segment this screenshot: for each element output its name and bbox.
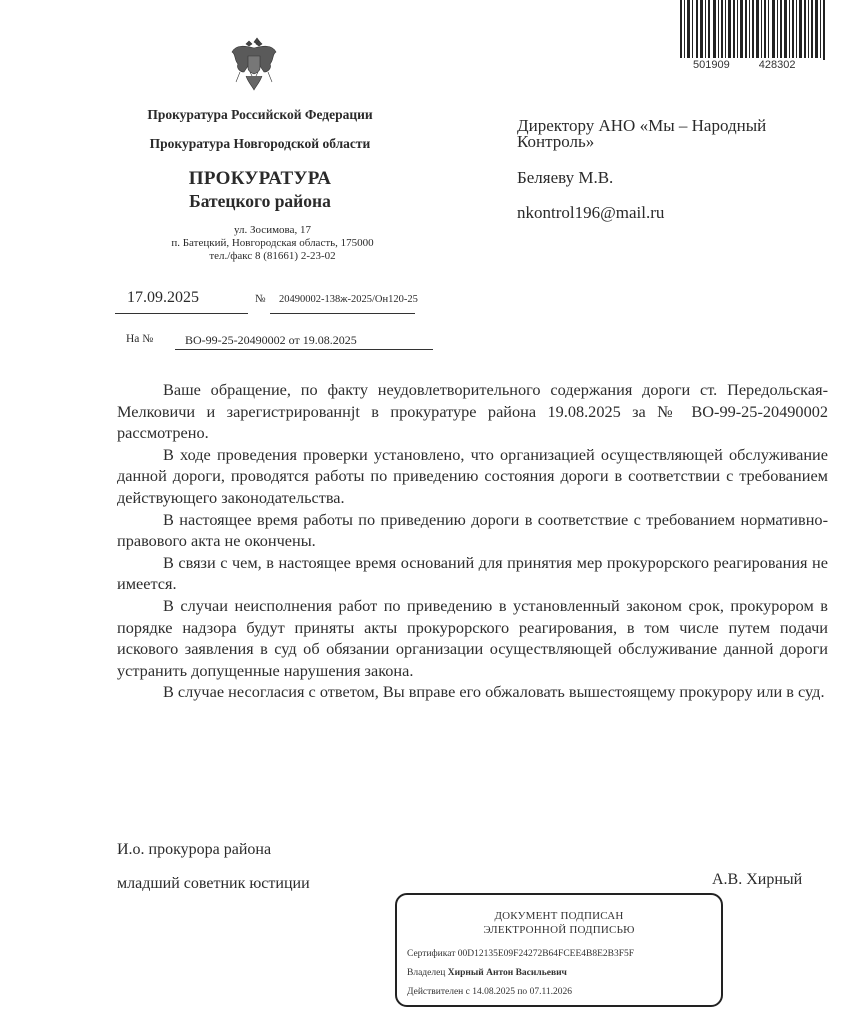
owner-value: Хирный Антон Васильевич [448, 968, 567, 978]
stamp-owner-row: Владелец Хирный Антон Васильевич [407, 964, 721, 983]
stamp-title: ДОКУМЕНТ ПОДПИСАН ЭЛЕКТРОННОЙ ПОДПИСЬЮ [397, 909, 721, 937]
valid-from-label: с [466, 987, 470, 997]
certificate-value: 00D12135E09F24272B64FCEE4B8E2B3F5F [458, 949, 634, 959]
barcode-icon [678, 0, 828, 60]
org-line-federation: Прокуратура Российской Федерации [100, 107, 420, 123]
reference-underline [175, 349, 433, 350]
org-address: ул. Зосимова, 17 п. Батецкий, Новгородск… [100, 224, 445, 263]
address-city: п. Батецкий, Новгородская область, 17500… [100, 237, 445, 250]
letter-body: Ваше обращение, по факту неудовлетворите… [117, 379, 828, 703]
body-paragraph: В ходе проведения проверки установлено, … [117, 444, 828, 509]
address-street: ул. Зосимова, 17 [100, 224, 445, 237]
valid-from: 14.08.2025 [472, 987, 515, 997]
body-paragraph: Ваше обращение, по факту неудовлетворите… [117, 379, 828, 444]
stamp-title-line1: ДОКУМЕНТ ПОДПИСАН [397, 909, 721, 923]
stamp-title-line2: ЭЛЕКТРОННОЙ ПОДПИСЬЮ [397, 923, 721, 937]
recipient-position-line2: Контроль» [517, 134, 766, 150]
org-line-region: Прокуратура Новгородской области [100, 136, 420, 152]
body-paragraph: В случае несогласия с ответом, Вы вправе… [117, 681, 828, 703]
address-phone: тел./факс 8 (81661) 2-23-02 [100, 250, 445, 263]
org-title: ПРОКУРАТУРА [100, 168, 420, 190]
recipient-name: Беляеву М.В. [517, 170, 613, 186]
recipient-position: Директору АНО «Мы – Народный Контроль» [517, 118, 766, 150]
body-paragraph: В настоящее время работы по приведению д… [117, 509, 828, 552]
document-date: 17.09.2025 [127, 289, 199, 307]
reference-number: ВО-99-25-20490002 от 19.08.2025 [185, 333, 357, 348]
org-subtitle: Батецкого района [100, 191, 420, 212]
barcode-left-digits: 501909 [693, 59, 730, 71]
signer-name: А.В. Хирный [712, 871, 802, 889]
signer-position: И.о. прокурора района [117, 841, 271, 859]
barcode-right-digits: 428302 [759, 59, 796, 71]
valid-to-label: по [517, 987, 527, 997]
electronic-signature-stamp: ДОКУМЕНТ ПОДПИСАН ЭЛЕКТРОННОЙ ПОДПИСЬЮ С… [395, 893, 723, 1007]
barcode-number: 501909 428302 [693, 59, 822, 71]
reference-label: На № [126, 333, 153, 345]
valid-to: 07.11.2026 [530, 987, 572, 997]
russian-coat-of-arms-icon [228, 36, 280, 94]
body-paragraph: В случаи неисполнения работ по приведени… [117, 595, 828, 681]
stamp-certificate-row: Сертификат 00D12135E09F24272B64FCEE4B8E2… [407, 945, 721, 964]
date-underline [115, 313, 248, 314]
certificate-label: Сертификат [407, 949, 455, 959]
owner-label: Владелец [407, 968, 445, 978]
recipient-email: nkontrol196@mail.ru [517, 205, 664, 221]
body-paragraph: В связи с чем, в настоящее время основан… [117, 552, 828, 595]
document-number: 20490002-138ж-2025/Он120-25 [279, 294, 418, 305]
number-underline [270, 313, 415, 314]
valid-label: Действителен [407, 987, 463, 997]
number-sign: № [255, 293, 266, 305]
stamp-validity-row: Действителен с 14.08.2025 по 07.11.2026 [407, 983, 721, 1002]
signer-rank: младший советник юстиции [117, 875, 310, 893]
